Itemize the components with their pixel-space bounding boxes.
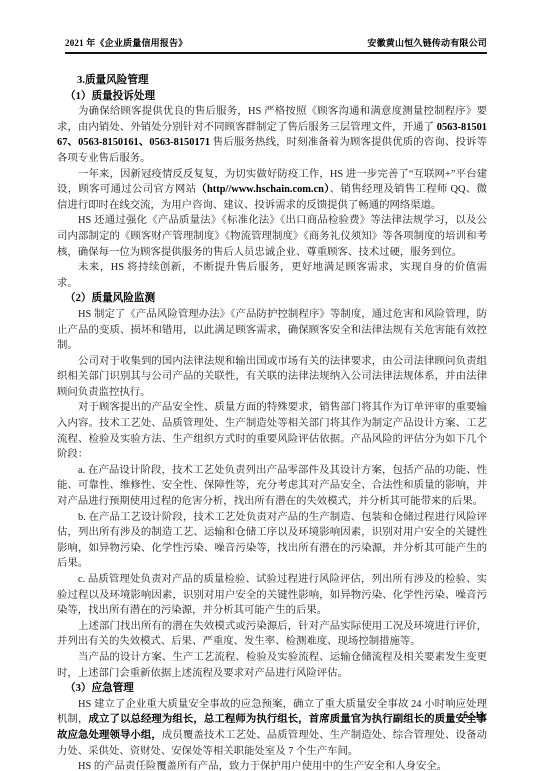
paragraph-run: 当产品的设计方案、生产工艺流程、检验及实验流程、运输仓储流程及相关要素发生变更时… [57,652,487,679]
body-paragraph: 上述部门找出所有的潜在失效模式或污染源后，针对产品实际使用工况及环境进行评价，并… [57,619,487,650]
subsection-heading-text: （1）质量投诉处理 [65,91,155,102]
paragraph-run: 未来，HS 将持续创新，不断提升售后服务，更好地满足顾客需求，实现自身的价值需求… [57,262,487,289]
body-paragraph: 对于顾客提出的产品安全性、质量方面的特殊要求，销售部门将其作为订单评审的重要输入… [57,400,487,462]
body-paragraph: 当产品的设计方案、生产工艺流程、检验及实验流程、运输仓储流程及相关要素发生变更时… [57,650,487,681]
body-paragraph-item-c: c. 品质管理处负责对产品的质量检验、试验过程进行风险评估，列出所有涉及的检验、… [57,572,487,619]
paragraph-run: b. 在产品工艺设计阶段，技术工艺处负责对产品的生产制造、包装和仓储过程进行风险… [57,512,487,570]
paragraph-run: c. 品质管理处负责对产品的质量检验、试验过程进行风险评估，列出所有涉及的检验、… [57,574,487,616]
section-heading-text: 3.质量风险管理 [77,75,149,86]
company-website-url: （http//www.hschain.com.cn） [196,184,329,195]
company-name: 安徽黄山恒久链传动有限公司 [367,36,487,49]
page-number-text: 5 / 13 [463,710,484,720]
paragraph-run: HS 制定了《产品风险管理办法》《产品防护控制程序》等制度，通过危害和风险管理，… [57,309,487,351]
subsection-heading-risk-monitoring: （2）质量风险监测 [65,291,487,307]
paragraph-run: a. 在产品设计阶段，技术工艺处负责列出产品零部件及其设计方案，包括产品的功能、… [57,465,487,507]
document-page: 2021 年《企业质量信用报告》 安徽黄山恒久链传动有限公司 3.质量风险管理 … [0,0,554,771]
body-paragraph: HS 还通过强化《产品质量法》《标准化法》《出口商品检验费》等法律法规学习，以及… [57,213,487,260]
section-heading: 3.质量风险管理 [77,73,487,89]
paragraph-run: 上述部门找出所有的潜在失效模式或污染源后，针对产品实际使用工况及环境进行评价，并… [57,621,487,648]
body-paragraph-item-b: b. 在产品工艺设计阶段，技术工艺处负责对产品的生产制造、包装和仓储过程进行风险… [57,510,487,572]
body-paragraph-item-a: a. 在产品设计阶段，技术工艺处负责列出产品零部件及其设计方案，包括产品的功能、… [57,463,487,510]
paragraph-run: 为确保给顾客提供优良的售后服务，HS 严格按照《顾客沟通和满意度测量控制程序》要… [57,106,487,133]
paragraph-run: HS 的产品责任险覆盖所有产品，致力于保护用户使用中的生产安全和人身安全。 [78,761,447,771]
body-paragraph: HS 建立了企业重大质量安全事故的应急预案，确立了重大质量安全事故 24 小时响… [57,697,487,759]
page-number: 5 / 13 [463,710,484,720]
body-paragraph: 为确保给顾客提供优良的售后服务，HS 严格按照《顾客沟通和满意度测量控制程序》要… [57,104,487,166]
body-paragraph: HS 制定了《产品风险管理办法》《产品防护控制程序》等制度，通过危害和风险管理，… [57,307,487,354]
subsection-heading-text: （3）应急管理 [65,683,134,694]
body-paragraph: 公司对于收集到的国内法律法规和输出国或市场有关的法律要求，由公司法律顾问负责组织… [57,354,487,401]
body-paragraph: HS 的产品责任险覆盖所有产品，致力于保护用户使用中的生产安全和人身安全。 [57,759,487,771]
body-paragraph: 一年来，因新冠疫情反反复复，为切实做好防疫工作，HS 进一步完善了“互联网+”平… [57,167,487,214]
document-body: 3.质量风险管理 （1）质量投诉处理 为确保给顾客提供优良的售后服务，HS 严格… [57,73,487,771]
paragraph-run: 对于顾客提出的产品安全性、质量方面的特殊要求，销售部门将其作为订单评审的重要输入… [57,402,487,460]
page-header: 2021 年《企业质量信用报告》 安徽黄山恒久链传动有限公司 [65,36,487,54]
subsection-heading-emergency-management: （3）应急管理 [65,681,487,697]
body-paragraph: 未来，HS 将持续创新，不断提升售后服务，更好地满足顾客需求，实现自身的价值需求… [57,260,487,291]
paragraph-run: 公司对于收集到的国内法律法规和输出国或市场有关的法律要求，由公司法律顾问负责组织… [57,356,487,398]
report-title: 2021 年《企业质量信用报告》 [65,36,187,49]
paragraph-run: HS 还通过强化《产品质量法》《标准化法》《出口商品检验费》等法律法规学习，以及… [57,215,487,257]
subsection-heading-complaint-handling: （1）质量投诉处理 [65,89,487,105]
subsection-heading-text: （2）质量风险监测 [65,293,155,304]
